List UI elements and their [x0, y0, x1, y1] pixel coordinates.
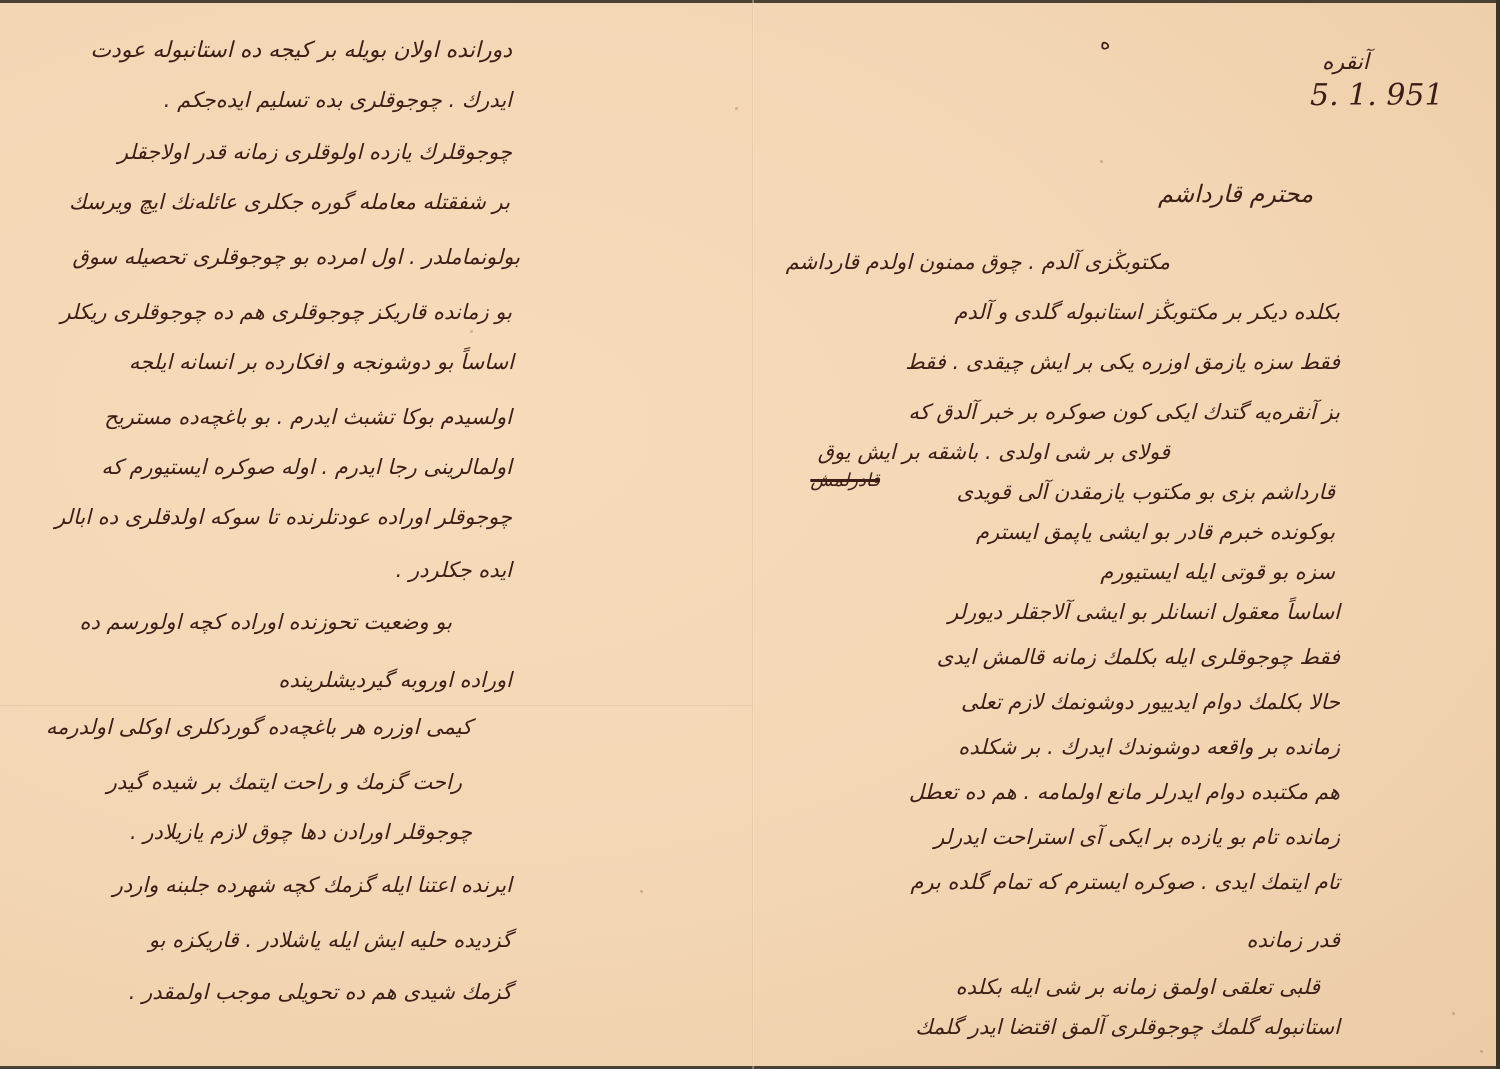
text-line: حالا بكلمك دوام ايدييور دوشونمك لازم تعل… — [961, 690, 1340, 714]
letter-place: آنقره — [1322, 50, 1369, 75]
text-line: بوكونده خبرم قادر بو ايشى ياپمق ايسترم — [976, 520, 1335, 544]
text-line: قولاى بر شى اولدى . باشقه بر ايش يوق — [818, 440, 1170, 464]
text-line: ايرنده اعتنا ايله گزمك كچه شهرده جلبنه و… — [113, 873, 512, 897]
text-line: گزديده حليه ايش ايله ياشلادر . قاريكزه ب… — [149, 928, 512, 952]
text-line: بو وضعيت تحوزنده اوراده كچه اولورسم ده — [80, 610, 452, 634]
text-line: قارداشم بزى بو مكتوب يازمقدن آلى قويدى — [957, 480, 1335, 504]
text-line: استانبوله گلمك چوجوقلرى آلمق اقتضا ايدر … — [915, 1015, 1340, 1039]
text-line: زمانده بر واقعه دوشوندك ايدرك . بر شكلده — [958, 735, 1340, 759]
text-line: بولونماملدر . اول امرده بو چوجوقلرى تحصي… — [72, 245, 520, 269]
text-line: اوراده اوروبه گيرديشلرينده — [278, 668, 512, 692]
text-line: بو زمانده قاريكز چوجوقلرى هم ده چوجوقلرى… — [60, 300, 512, 324]
text-line: سزه بو قوتى ايله ايستيورم — [1100, 560, 1335, 584]
text-line: ايدرك . چوجوقلرى بده تسليم ايده‌جكم . — [164, 88, 512, 112]
text-line: اولسيدم بوكا تشبث ايدرم . بو باغچه‌ده مس… — [104, 405, 512, 429]
right-page: ه آنقره 5. 1. 951 محترم قارداشم مكتوبڭزى… — [754, 0, 1500, 1069]
struck-out-word: قادرلمش — [810, 470, 880, 491]
text-line: چوجوقلر اوراده عودتلرنده تا سوكه اولدقلر… — [55, 505, 512, 529]
text-line: اولمالرينى رجا ايدرم . اوله صوكره ايستيو… — [101, 455, 512, 479]
text-line: تام ايتمك ايدى . صوكره ايسترم كه تمام گل… — [910, 870, 1340, 894]
letter-scan: دورانده اولان بويله بر كيجه ده استانبوله… — [0, 0, 1500, 1069]
left-page: دورانده اولان بويله بر كيجه ده استانبوله… — [0, 0, 752, 1069]
text-line: بز آنقره‌يه گتدك ايكى كون صوكره بر خبر آ… — [908, 400, 1340, 424]
text-line: چوجوقلر اورادن دها چوق لازم يازيلادر . — [130, 820, 472, 844]
text-line: مكتوبڭزى آلدم . چوق ممنون اولدم قارداشم — [786, 250, 1170, 274]
text-line: هم مكتبده دوام ايدرلر مانع اولمامه . هم … — [909, 780, 1340, 804]
text-line: كيمى اوزره هر باغچه‌ده گوردكلرى اوكلى او… — [46, 715, 472, 739]
text-line: اساساً معقول انسانلر بو ايشى آلاجقلر ديو… — [948, 600, 1340, 624]
text-line: بر شفقتله معامله گوره جكلرى عائله‌نك ايچ… — [69, 190, 510, 214]
text-line: ايده جكلردر . — [396, 558, 512, 582]
text-line: قدر زمانده — [1246, 928, 1340, 952]
text-line: فقط سزه يازمق اوزره يكى بر ايش چيقدى . ف… — [905, 350, 1340, 374]
salutation: محترم قارداشم — [1158, 180, 1313, 208]
text-line: فقط چوجوقلرى ايله بكلمك زمانه قالمش ايدى — [937, 645, 1340, 669]
text-line: زمانده تام بو يازده بر ايكى آى استراحت ا… — [934, 825, 1340, 849]
letter-date: 5. 1. 951 — [1310, 78, 1444, 113]
text-line: چوجوقلرك يازده اولوقلرى زمانه قدر اولاجق… — [118, 140, 512, 164]
text-line: بكلده ديكر بر مكتوبڭز استانبوله گلدى و آ… — [954, 300, 1340, 324]
text-line: گزمك شيدى هم ده تحويلى موجب اولمقدر . — [129, 980, 512, 1004]
text-line: دورانده اولان بويله بر كيجه ده استانبوله… — [90, 38, 512, 63]
text-line: راحت گزمك و راحت ايتمك بر شيده گيدر — [107, 770, 462, 794]
page-marker: ه — [1100, 30, 1110, 54]
text-line: اساساً بو دوشونجه و افكارده بر انسانه اي… — [129, 350, 514, 374]
text-line: قلبى تعلقى اولمق زمانه بر شى ايله بكلده — [956, 975, 1320, 999]
